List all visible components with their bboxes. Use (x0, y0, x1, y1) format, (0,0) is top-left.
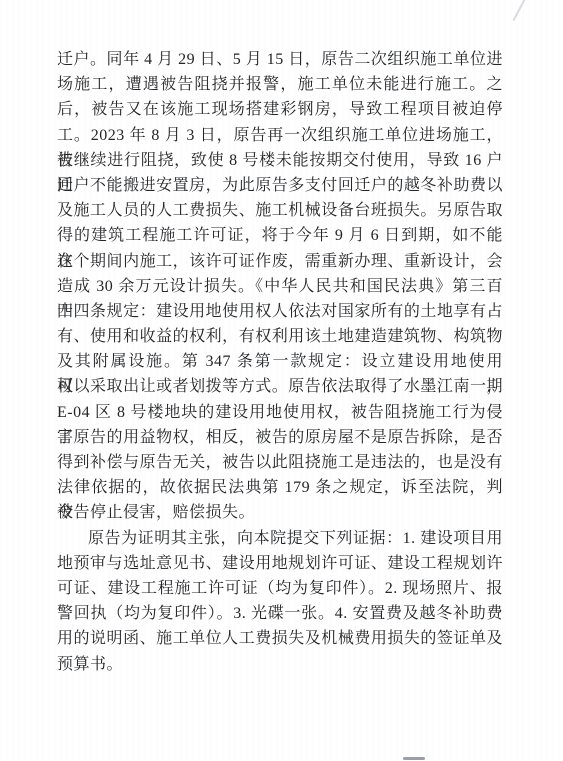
text-line: 造成 30 余万元设计损失。《中华人民共和国民法典》第三百四 (57, 274, 503, 299)
text-line: 用的说明函、施工单位人工费损失及机械费用损失的签证单及 (57, 626, 503, 651)
text-line: 了原告的用益物权，相反，被告的原房屋不是原告拆除，是否 (57, 425, 503, 450)
document-body: 迁户。同年 4 月 29 日、5 月 15 日，原告二次组织施工单位进场施工，遭… (57, 47, 503, 677)
text-line: 法律依据的，故依据民法典第 179 条之规定，诉至法院，判令 (57, 475, 503, 500)
text-line: 有、使用和收益的权利，有权利用该土地建造建筑物、构筑物 (57, 324, 503, 349)
text-line: 这个期间内施工，该许可证作废，需重新办理、重新设计，会 (57, 249, 503, 274)
text-line: 告继续进行阻挠，致使 8 号楼未能按期交付使用，导致 16 户回 (57, 148, 503, 173)
text-line: 被告停止侵害，赔偿损失。 (57, 500, 503, 525)
text-line: 警回执（均为复印件）。3. 光碟一张。4. 安置费及越冬补助费 (57, 601, 503, 626)
text-line: 可证、建设工程施工许可证（均为复印件）。2. 现场照片、报 (57, 576, 503, 601)
text-line: 迁户不能搬进安置房，为此原告多支付回迁户的越冬补助费以 (57, 173, 503, 198)
text-line: 场施工，遭遇被告阻挠并报警，施工单位未能进行施工。之 (57, 72, 503, 97)
text-line: 及施工人员的人工费损失、施工机械设备台班损失。另原告取 (57, 198, 503, 223)
scan-scratch-mark (512, 0, 525, 21)
text-line: 原告为证明其主张，向本院提交下列证据：1. 建设项目用 (57, 526, 503, 551)
text-line: 十四条规定：建设用地使用权人依法对国家所有的土地享有占 (57, 299, 503, 324)
scan-artifact-dash (403, 757, 425, 760)
text-line: 地预审与选址意见书、建设用地规划许可证、建设工程规划许 (57, 551, 503, 576)
text-line: 迁户。同年 4 月 29 日、5 月 15 日，原告二次组织施工单位进 (57, 47, 503, 72)
text-line: 可以采取出让或者划拨等方式。原告依法取得了水墨江南一期 (57, 374, 503, 399)
text-line: E-04 区 8 号楼地块的建设用地使用权，被告阻挠施工行为侵害 (57, 400, 503, 425)
text-line: 得到补偿与原告无关，被告以此阻挠施工是违法的，也是没有 (57, 450, 503, 475)
text-line: 预算书。 (57, 652, 503, 677)
text-line: 后，被告又在该施工现场搭建彩钢房，导致工程项目被迫停 (57, 97, 503, 122)
text-line: 及其附属设施。第 347 条第一款规定：设立建设用地使用权， (57, 349, 503, 374)
scanned-document-page: 迁户。同年 4 月 29 日、5 月 15 日，原告二次组织施工单位进场施工，遭… (0, 0, 563, 761)
text-line: 得的建筑工程施工许可证，将于今年 9 月 6 日到期，如不能在 (57, 223, 503, 248)
text-line: 工。2023 年 8 月 3 日，原告再一次组织施工单位进场施工，被 (57, 123, 503, 148)
